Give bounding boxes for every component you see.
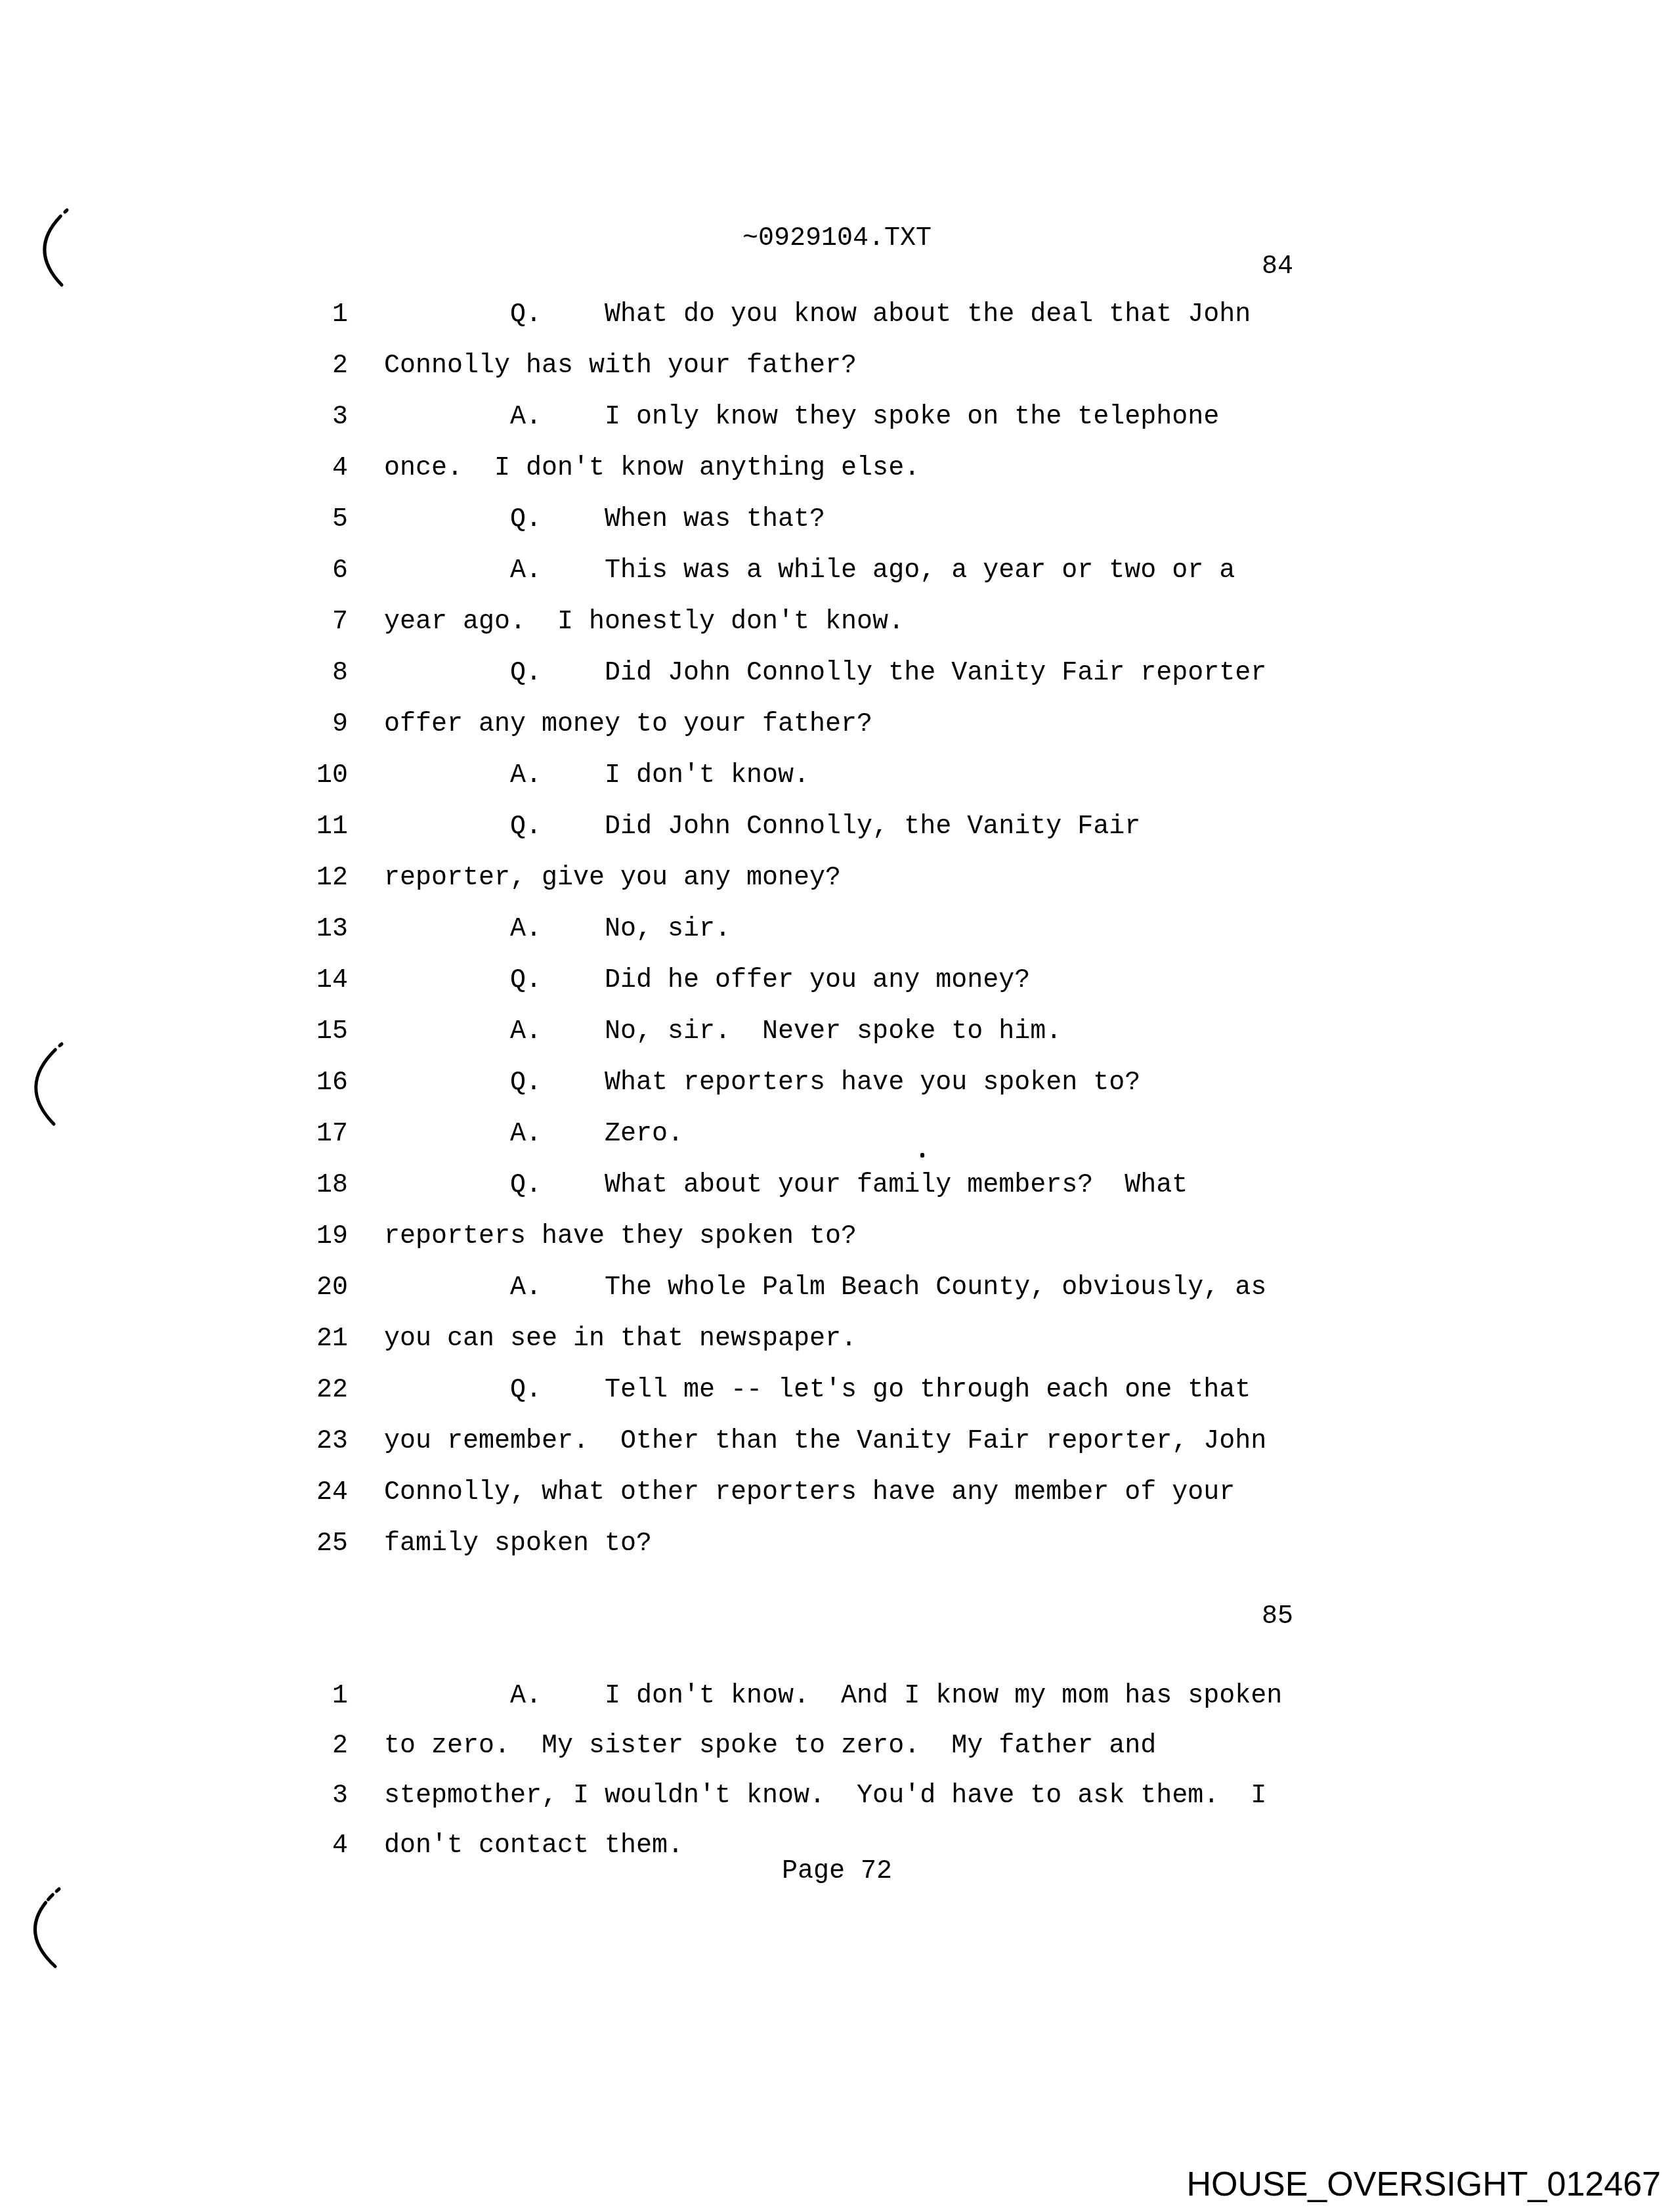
transcript-line: 1 Q. What do you know about the deal tha… bbox=[0, 290, 1674, 341]
line-text: A. Zero. bbox=[348, 1109, 683, 1160]
transcript-line: 15 A. No, sir. Never spoke to him. bbox=[0, 1007, 1674, 1058]
transcript-line: 9offer any money to your father? bbox=[0, 699, 1674, 750]
document-filename: ~0929104.TXT bbox=[0, 225, 1674, 253]
line-text: Q. Did he offer you any money? bbox=[348, 955, 1030, 1007]
line-number: 16 bbox=[0, 1058, 348, 1109]
line-text: Connolly has with your father? bbox=[348, 341, 857, 392]
line-text: Q. Did John Connolly the Vanity Fair rep… bbox=[348, 648, 1266, 699]
line-text: family spoken to? bbox=[348, 1519, 652, 1570]
transcript-line: 3 A. I only know they spoke on the telep… bbox=[0, 392, 1674, 443]
line-text: Connolly, what other reporters have any … bbox=[348, 1467, 1235, 1519]
line-number: 13 bbox=[0, 904, 348, 955]
line-number: 19 bbox=[0, 1211, 348, 1263]
line-number: 1 bbox=[0, 290, 348, 341]
line-number: 1 bbox=[0, 1672, 348, 1722]
transcript-line: 21you can see in that newspaper. bbox=[0, 1314, 1674, 1365]
line-number: 12 bbox=[0, 853, 348, 904]
line-number: 2 bbox=[0, 1722, 348, 1771]
transcript-line: 18 Q. What about your family members? Wh… bbox=[0, 1160, 1674, 1211]
transcript-line: 1 A. I don't know. And I know my mom has… bbox=[0, 1672, 1674, 1722]
transcript-line: 19reporters have they spoken to? bbox=[0, 1211, 1674, 1263]
transcript-line: 7year ago. I honestly don't know. bbox=[0, 597, 1674, 648]
transcript-block-page-85: 1 A. I don't know. And I know my mom has… bbox=[0, 1672, 1674, 1871]
transcript-line: 10 A. I don't know. bbox=[0, 750, 1674, 802]
line-text: reporter, give you any money? bbox=[348, 853, 841, 904]
scan-crescent-mark-bottom bbox=[26, 1887, 66, 1968]
line-text: A. No, sir. bbox=[348, 904, 731, 955]
transcript-line: 20 A. The whole Palm Beach County, obvio… bbox=[0, 1263, 1674, 1314]
transcript-line: 16 Q. What reporters have you spoken to? bbox=[0, 1058, 1674, 1109]
line-text: Q. What do you know about the deal that … bbox=[348, 290, 1251, 341]
transcript-line: 23you remember. Other than the Vanity Fa… bbox=[0, 1416, 1674, 1467]
transcript-line: 8 Q. Did John Connolly the Vanity Fair r… bbox=[0, 648, 1674, 699]
line-text: A. I only know they spoke on the telepho… bbox=[348, 392, 1219, 443]
line-number: 10 bbox=[0, 750, 348, 802]
transcript-line: 11 Q. Did John Connolly, the Vanity Fair bbox=[0, 802, 1674, 853]
transcript-page-number-84: 84 bbox=[0, 253, 1293, 281]
line-text: offer any money to your father? bbox=[348, 699, 872, 750]
line-text: year ago. I honestly don't know. bbox=[348, 597, 904, 648]
line-number: 3 bbox=[0, 1771, 348, 1821]
transcript-block-page-84: 1 Q. What do you know about the deal tha… bbox=[0, 290, 1674, 1570]
line-text: A. I don't know. bbox=[348, 750, 809, 802]
line-text: stepmother, I wouldn't know. You'd have … bbox=[348, 1771, 1266, 1821]
line-text: A. The whole Palm Beach County, obviousl… bbox=[348, 1263, 1266, 1314]
transcript-line: 22 Q. Tell me -- let's go through each o… bbox=[0, 1365, 1674, 1416]
line-number: 22 bbox=[0, 1365, 348, 1416]
transcript-line: 25family spoken to? bbox=[0, 1519, 1674, 1570]
line-number: 4 bbox=[0, 443, 348, 494]
line-text: you remember. Other than the Vanity Fair… bbox=[348, 1416, 1266, 1467]
line-text: reporters have they spoken to? bbox=[348, 1211, 857, 1263]
line-text: Q. What about your family members? What bbox=[348, 1160, 1188, 1211]
line-text: A. This was a while ago, a year or two o… bbox=[348, 546, 1235, 597]
line-number: 25 bbox=[0, 1519, 348, 1570]
transcript-line: 17 A. Zero. bbox=[0, 1109, 1674, 1160]
line-number: 8 bbox=[0, 648, 348, 699]
transcript-line: 4once. I don't know anything else. bbox=[0, 443, 1674, 494]
transcript-line: 3stepmother, I wouldn't know. You'd have… bbox=[0, 1771, 1674, 1821]
line-number: 20 bbox=[0, 1263, 348, 1314]
line-number: 11 bbox=[0, 802, 348, 853]
line-text: Q. Tell me -- let's go through each one … bbox=[348, 1365, 1251, 1416]
line-text: to zero. My sister spoke to zero. My fat… bbox=[348, 1722, 1156, 1771]
line-number: 24 bbox=[0, 1467, 348, 1519]
line-number: 5 bbox=[0, 494, 348, 546]
line-text: A. I don't know. And I know my mom has s… bbox=[348, 1672, 1282, 1722]
transcript-line: 6 A. This was a while ago, a year or two… bbox=[0, 546, 1674, 597]
line-number: 7 bbox=[0, 597, 348, 648]
transcript-line: 14 Q. Did he offer you any money? bbox=[0, 955, 1674, 1007]
line-number: 2 bbox=[0, 341, 348, 392]
transcript-line: 2Connolly has with your father? bbox=[0, 341, 1674, 392]
scan-speck-artifact bbox=[920, 1153, 924, 1158]
transcript-line: 2to zero. My sister spoke to zero. My fa… bbox=[0, 1722, 1674, 1771]
line-text: you can see in that newspaper. bbox=[348, 1314, 857, 1365]
line-number: 9 bbox=[0, 699, 348, 750]
bates-stamp: HOUSE_OVERSIGHT_012467 bbox=[1186, 2167, 1661, 2202]
line-text: once. I don't know anything else. bbox=[348, 443, 920, 494]
transcript-page-number-85: 85 bbox=[0, 1603, 1293, 1631]
line-text: Q. Did John Connolly, the Vanity Fair bbox=[348, 802, 1140, 853]
line-number: 15 bbox=[0, 1007, 348, 1058]
transcript-line: 24Connolly, what other reporters have an… bbox=[0, 1467, 1674, 1519]
page-footer: Page 72 bbox=[0, 1858, 1674, 1886]
line-text: Q. What reporters have you spoken to? bbox=[348, 1058, 1140, 1109]
line-number: 6 bbox=[0, 546, 348, 597]
line-number: 17 bbox=[0, 1109, 348, 1160]
transcript-line: 13 A. No, sir. bbox=[0, 904, 1674, 955]
transcript-line: 5 Q. When was that? bbox=[0, 494, 1674, 546]
line-number: 14 bbox=[0, 955, 348, 1007]
line-number: 18 bbox=[0, 1160, 348, 1211]
line-text: Q. When was that? bbox=[348, 494, 825, 546]
transcript-line: 12reporter, give you any money? bbox=[0, 853, 1674, 904]
line-number: 21 bbox=[0, 1314, 348, 1365]
line-number: 3 bbox=[0, 392, 348, 443]
line-number: 23 bbox=[0, 1416, 348, 1467]
line-text: A. No, sir. Never spoke to him. bbox=[348, 1007, 1062, 1058]
document-page: ~0929104.TXT 84 1 Q. What do you know ab… bbox=[0, 0, 1674, 2212]
